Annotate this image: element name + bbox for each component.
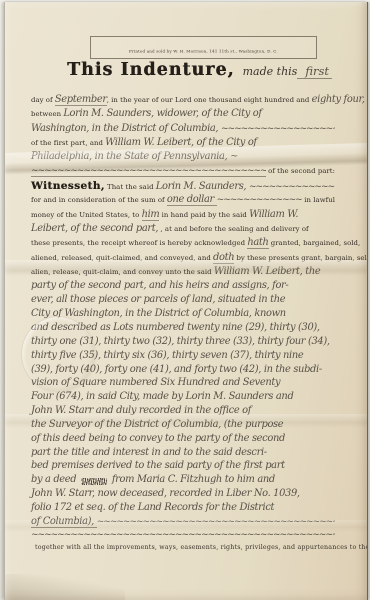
document-line: aliened, released, quit-claimed, and con… [31, 252, 335, 266]
printed-form-text: money of the United States, to [31, 211, 142, 219]
document-line: alien, release, quit-claim, and convey u… [31, 266, 335, 280]
printed-form-text: in lawful [302, 196, 335, 204]
document-line: between Lorin M. Saunders, widower, of t… [31, 108, 335, 122]
witnesseth-heading: Witnesseth, [31, 180, 105, 192]
handwritten-text: vision of Square numbered Six Hundred an… [31, 377, 280, 388]
document-line: Four (674), in said City, made by Lorin … [31, 391, 335, 405]
document-line: vision of Square numbered Six Hundred an… [31, 377, 335, 391]
handwritten-text: thirty one (31), thirty two (32), thirty… [31, 336, 330, 347]
handwritten-text: thirty five (35), thirty six (36), thirt… [31, 350, 303, 361]
title-handwritten-fill: first [297, 64, 332, 79]
handwritten-text: of this deed being to convey to the part… [31, 433, 285, 444]
handwritten-fill: one dollar [167, 194, 217, 206]
printed-form-text: day of [31, 96, 55, 104]
handwritten-fill: doth [213, 252, 234, 264]
handwritten-fill: September [55, 94, 107, 106]
document-line: Leibert, of the second part, , at and be… [31, 223, 335, 237]
handwritten-text: City of Washington, in the District of C… [31, 308, 286, 319]
wave-filler-icon: ~~~~~~~~~~~~~~~~~~~~~~~~~~~~~~~~~~~~~~~~… [31, 166, 266, 177]
handwritten-text: John W. Starr, now deceased, recorded in… [31, 488, 300, 499]
printed-form-text: of the first part, and [31, 139, 105, 147]
document-line: of the first part, and William W. Leiber… [31, 137, 335, 151]
document-line: together with all the improvements, ways… [31, 544, 335, 556]
printed-form-text: in hand paid by the said [159, 211, 249, 219]
printer-stamp: Printed and sold by W. H. Morrison, 141 … [90, 36, 317, 59]
handwritten-text: by a deed [31, 474, 79, 485]
handwritten-text: (39), forty (40), forty one (41), and fo… [31, 364, 322, 375]
document-line: party of the second part, and his heirs … [31, 280, 335, 294]
scribble-strikeout [81, 478, 107, 485]
printed-form-text: , in the year of our Lord one thousand e… [107, 96, 312, 104]
document-line: of this deed being to convey to the part… [31, 433, 335, 447]
document-line: City of Washington, in the District of C… [31, 308, 335, 322]
printed-form-text: aliened, released, quit-claimed, and con… [31, 254, 213, 262]
wave-filler-icon: ~~~~~~~~~~~~~~~~~~~~~~~~~~~~~~~~~~~~~~~~… [249, 182, 335, 192]
printed-form-text: between [31, 110, 63, 118]
printed-form-text: That the said [105, 183, 156, 191]
wave-filler-icon: ~~~~~~~~~~~~~~~~~~~~~~~~~~~~~~~~~~~~~~~~… [217, 195, 302, 205]
handwritten-text: William W. Leibert, the [214, 266, 321, 277]
handwritten-text: Lorin M. Saunders, widower, of the City … [63, 108, 261, 119]
handwritten-text: Washington, in the District of Columbia, [31, 123, 221, 134]
document-line: Philadelphia, in the State of Pennsylvan… [31, 151, 335, 165]
document-line: for and in consideration of the sum of o… [31, 194, 335, 208]
handwritten-text: and described as Lots numbered twenty ni… [31, 322, 320, 333]
document-line: John W. Starr and duly recorded in the o… [31, 405, 335, 419]
handwritten-text: John W. Starr and duly recorded in the o… [31, 405, 251, 416]
document-line: bed premises derived to the said party o… [31, 460, 335, 474]
wave-filler-icon: ~~~~~~~~~~~~~~~~~~~~~~~~~~~~~~~~~~~~~~~~… [31, 530, 335, 540]
title-printed-script: made this [235, 65, 298, 78]
handwritten-text: folio 172 et seq. of the Land Records fo… [31, 502, 274, 513]
printed-form-text: by these presents grant, bargain, sell, [234, 254, 368, 262]
document-line: of Columbia), ~~~~~~~~~~~~~~~~~~~~~~~~~~… [31, 516, 335, 530]
document-line: folio 172 et seq. of the Land Records fo… [31, 502, 335, 516]
handwritten-text: Lorin M. Saunders, [156, 181, 249, 192]
document-paper: Printed and sold by W. H. Morrison, 141 … [4, 2, 368, 600]
document-line: John W. Starr, now deceased, recorded in… [31, 488, 335, 502]
document-line: thirty one (31), thirty two (32), thirty… [31, 336, 335, 350]
handwritten-text: Philadelphia, in the State of Pennsylvan… [31, 151, 238, 162]
printed-form-text: of the second part: [266, 167, 335, 175]
document-line: money of the United States, to him in ha… [31, 209, 335, 223]
document-body: day of September, in the year of our Lor… [31, 94, 335, 556]
handwritten-text: Leibert, of the second part, [31, 223, 158, 234]
handwritten-fill: of Columbia), [31, 516, 97, 528]
printer-stamp-text: Printed and sold by W. H. Morrison, 141 … [129, 49, 278, 54]
handwritten-text: ever, all those pieces or parcels of lan… [31, 294, 285, 305]
printed-form-text: these presents, the receipt whereof is h… [31, 239, 247, 247]
printed-form-text: together with all the improvements, ways… [35, 544, 368, 551]
handwritten-fill: hath [247, 237, 268, 249]
document-line: ~~~~~~~~~~~~~~~~~~~~~~~~~~~~~~~~~~~~~~~~… [31, 166, 335, 180]
document-line: the Surveyor of the District of Columbia… [31, 419, 335, 433]
document-line: (39), forty (40), forty one (41), and fo… [31, 364, 335, 378]
document-line: ~~~~~~~~~~~~~~~~~~~~~~~~~~~~~~~~~~~~~~~~… [31, 530, 335, 544]
handwritten-text: the Surveyor of the District of Columbia… [31, 419, 283, 430]
handwritten-text: from Maria C. Fitzhugh to him and [109, 474, 275, 485]
document-title: This Indenture, made this first ~~~~~~~~… [67, 60, 315, 80]
handwritten-fill: him [142, 209, 160, 221]
document-line: Witnesseth, That the said Lorin M. Saund… [31, 180, 335, 194]
wave-filler-icon: ~~~~~~~~~~~~~~~~~~~~~~~~~~~~~~~~~~~~~~~~… [97, 517, 335, 527]
document-line: day of September, in the year of our Lor… [31, 94, 335, 108]
document-line: and described as Lots numbered twenty ni… [31, 322, 335, 336]
wave-filler-icon: ~~~~~~~~~~~~~~~~~~~~~~~~~~~~~~~~~~~~~~~~… [221, 124, 335, 134]
handwritten-text: William W. Leibert, of the City of [105, 137, 257, 148]
photo-background: Printed and sold by W. H. Morrison, 141 … [0, 0, 370, 600]
printed-form-text: , at and before the sealing and delivery… [158, 225, 308, 233]
document-line: by a deed from Maria C. Fitzhugh to him … [31, 474, 335, 488]
document-line: thirty five (35), thirty six (36), thirt… [31, 350, 335, 364]
handwritten-text: eighty four, [312, 94, 365, 105]
handwritten-text: William W. [249, 209, 298, 220]
handwritten-text: bed premises derived to the said party o… [31, 460, 285, 471]
document-line: Washington, in the District of Columbia,… [31, 123, 335, 137]
printed-form-text: alien, release, quit-claim, and convey u… [31, 268, 214, 276]
paper-corner-shadow [5, 574, 125, 600]
printed-form-text: for and in consideration of the sum of [31, 196, 167, 204]
document-line: part the title and interest in and to th… [31, 447, 335, 461]
handwritten-text: party of the second part, and his heirs … [31, 280, 288, 291]
document-line: ever, all those pieces or parcels of lan… [31, 294, 335, 308]
handwritten-text: part the title and interest in and to th… [31, 447, 267, 458]
document-line: these presents, the receipt whereof is h… [31, 237, 335, 251]
printed-form-text: granted, bargained, sold, [269, 239, 361, 247]
handwritten-text: Four (674), in said City, made by Lorin … [31, 391, 293, 402]
title-blackletter: This Indenture, [67, 60, 235, 80]
